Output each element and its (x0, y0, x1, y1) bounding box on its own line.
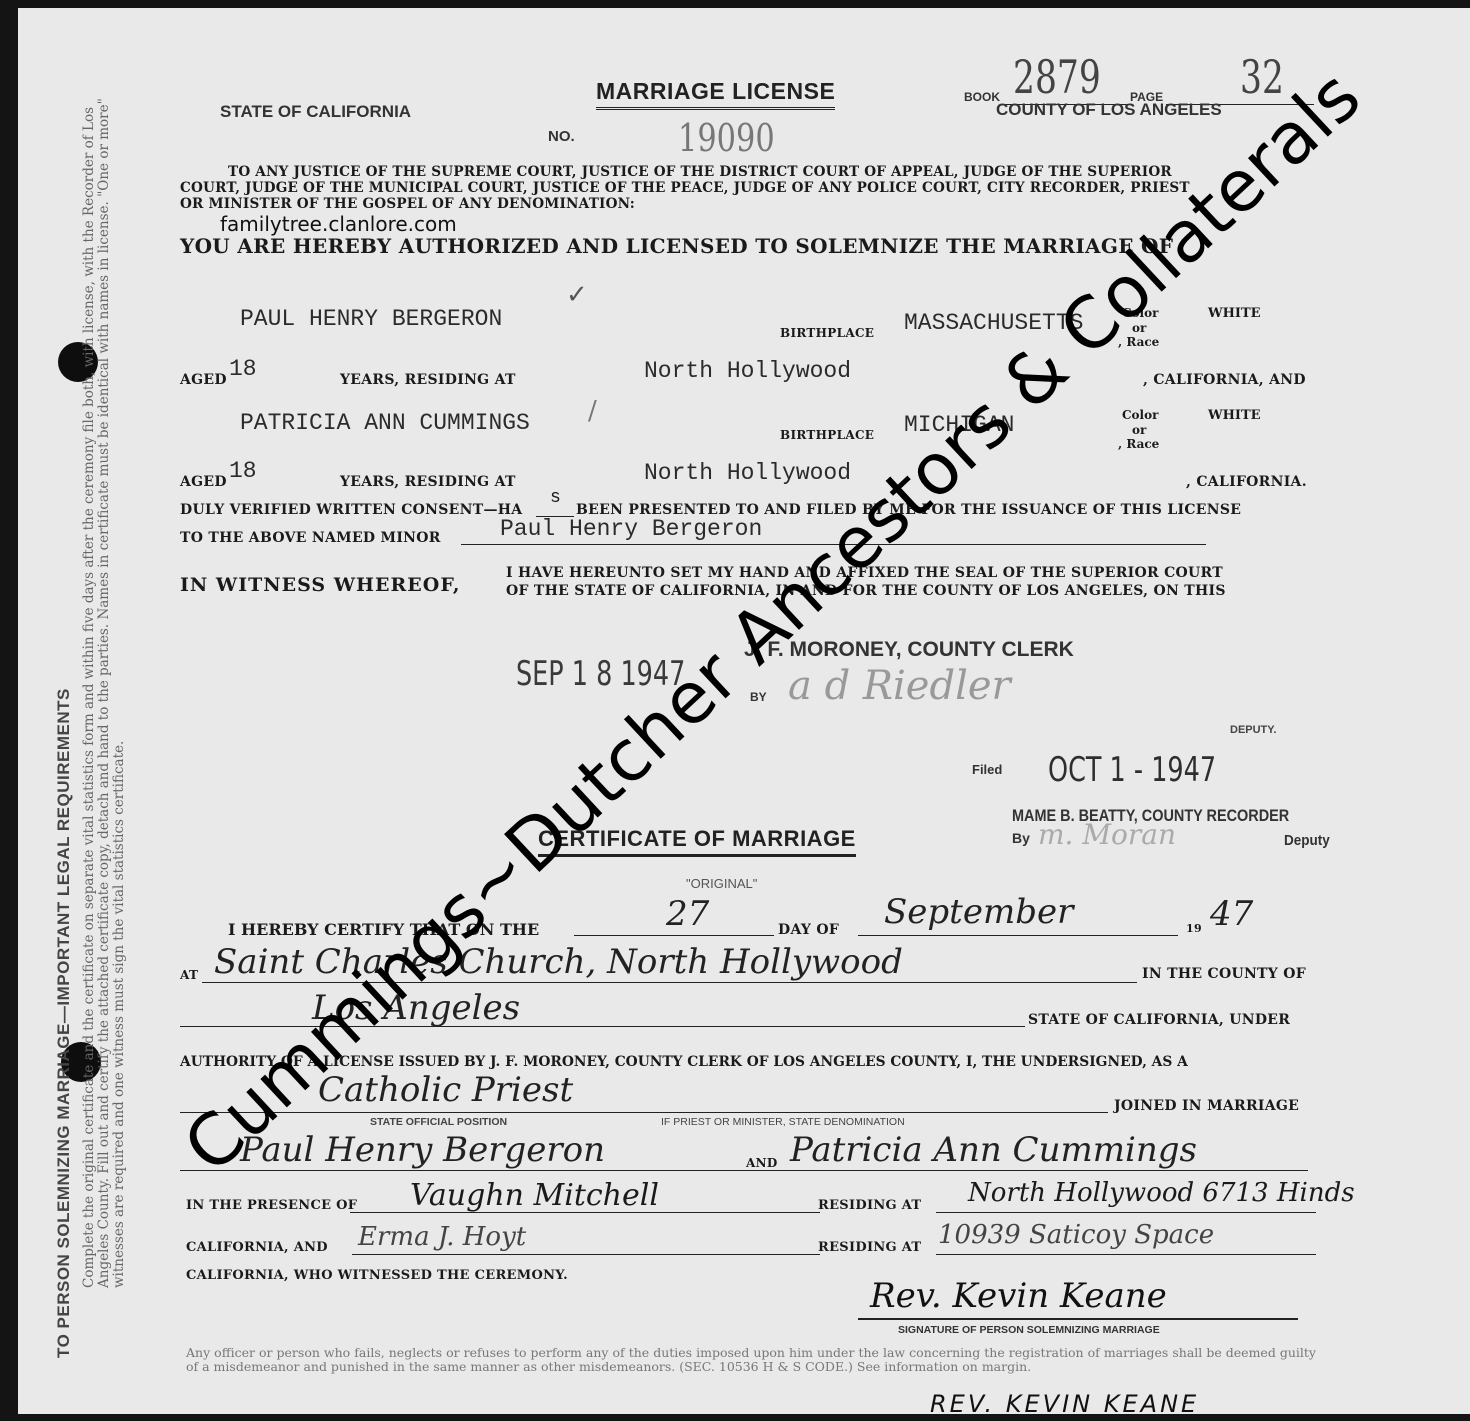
witness1-address: North Hollywood 6713 Hinds (968, 1178, 1355, 1208)
official-position: Catholic Priest (318, 1070, 573, 1110)
original-label: "ORIGINAL" (686, 876, 757, 891)
and-label: AND (746, 1156, 778, 1170)
bride-aged-label: AGED (180, 474, 227, 490)
bride-color-label-1: Color (1122, 408, 1158, 422)
consent-fill: s (550, 488, 561, 508)
deputy-label: DEPUTY. (1230, 724, 1276, 736)
bride-name: PATRICIA ANN CUMMINGS (240, 410, 530, 436)
bride-state-suffix: , CALIFORNIA. (1186, 474, 1307, 490)
margin-instructions: TO PERSON SOLEMNIZING MARRIAGE—IMPORTANT… (26, 78, 146, 1358)
groom-state-suffix: , CALIFORNIA, AND (1143, 372, 1306, 388)
groom-age: 18 (229, 356, 257, 382)
recorder-deputy-label: Deputy (1284, 832, 1330, 849)
margin-text: Complete the original certificate and th… (82, 98, 127, 1288)
state-label: STATE OF CALIFORNIA (220, 102, 411, 122)
witness-whereof-label: IN WITNESS WHEREOF, (180, 574, 461, 596)
state-under-label: STATE OF CALIFORNIA, UNDER (1028, 1012, 1290, 1028)
groom-name: PAUL HENRY BERGERON (240, 306, 502, 332)
bride-color-label-3: , Race (1118, 437, 1159, 451)
authorization-statement: YOU ARE HEREBY AUTHORIZED AND LICENSED T… (180, 234, 1173, 258)
california-and-label: CALIFORNIA, AND (186, 1240, 328, 1255)
license-number: 19090 (678, 116, 775, 160)
certificate-year: 47 (1210, 894, 1253, 934)
ceremony-place: Saint Charles Church, North Hollywood (214, 942, 903, 982)
address-line-2: COURT, JUDGE OF THE MUNICIPAL COURT, JUS… (180, 180, 1190, 196)
day-underline (574, 935, 774, 936)
denomination-caption: IF PRIEST OR MINISTER, STATE DENOMINATIO… (661, 1116, 905, 1128)
officiant-signature: Rev. Kevin Keane (870, 1276, 1167, 1316)
groom-aged-label: AGED (180, 372, 227, 388)
bride-age: 18 (229, 458, 257, 484)
day-of-label: DAY OF (778, 922, 839, 938)
witness2-address-underline (936, 1254, 1316, 1255)
certificate-day: 27 (666, 894, 709, 934)
address-line-3: OR MINISTER OF THE GOSPEL OF ANY DENOMIN… (180, 196, 635, 212)
county-of-label: IN THE COUNTY OF (1142, 966, 1306, 982)
minor-name: Paul Henry Bergeron (500, 516, 762, 542)
checkmark-icon: ✓ (566, 280, 588, 310)
penalty-notice: Any officer or person who fails, neglect… (186, 1346, 1316, 1374)
witness2-residing-label: RESIDING AT (818, 1240, 921, 1255)
parties-underline (180, 1170, 1308, 1171)
marriage-license-document: TO PERSON SOLEMNIZING MARRIAGE—IMPORTANT… (18, 8, 1470, 1414)
certificate-groom: Paul Henry Bergeron (240, 1130, 605, 1170)
recorder-by-label: By (1012, 830, 1030, 846)
witness1-name: Vaughn Mitchell (410, 1178, 659, 1213)
book-number: 2879 (1013, 50, 1101, 104)
bride-race: WHITE (1208, 408, 1261, 423)
position-underline (180, 1112, 1108, 1113)
certificate-bride: Patricia Ann Cummings (790, 1130, 1197, 1170)
address-line-1: TO ANY JUSTICE OF THE SUPREME COURT, JUS… (228, 164, 1172, 180)
witnessed-label: CALIFORNIA, WHO WITNESSED THE CEREMONY. (186, 1268, 568, 1283)
filed-date-stamp: OCT 1 - 1947 (1048, 750, 1216, 790)
groom-residence: North Hollywood (644, 358, 851, 384)
filed-label: Filed (972, 762, 1002, 777)
witness1-address-underline (936, 1212, 1316, 1213)
bride-color-label-2: or (1132, 423, 1146, 437)
book-label: BOOK (964, 90, 1000, 104)
witness2-name: Erma J. Hoyt (358, 1222, 526, 1252)
signature-caption: SIGNATURE OF PERSON SOLEMNIZING MARRIAGE (898, 1324, 1160, 1336)
minor-label: TO THE ABOVE NAMED MINOR (180, 530, 441, 546)
position-caption: STATE OFFICIAL POSITION (370, 1116, 507, 1128)
county-label: COUNTY OF LOS ANGELES (996, 100, 1222, 120)
bride-birthplace-label: BIRTHPLACE (780, 428, 874, 442)
presence-label: IN THE PRESENCE OF (186, 1198, 357, 1213)
license-no-label: NO. (548, 128, 575, 145)
witness1-residing-label: RESIDING AT (818, 1198, 921, 1213)
bride-residence: North Hollywood (644, 460, 851, 486)
signature-underline (858, 1318, 1298, 1320)
clerk-signature: a d Riedler (788, 663, 1011, 709)
year-prefix: 19 (1186, 922, 1202, 935)
at-label: AT (180, 968, 198, 982)
certificate-month: September (884, 892, 1073, 932)
bride-residing-label: YEARS, RESIDING AT (340, 474, 516, 490)
groom-birthplace-label: BIRTHPLACE (780, 326, 874, 340)
groom-residing-label: YEARS, RESIDING AT (340, 372, 516, 388)
website-watermark: familytree.clanlore.com (220, 212, 457, 236)
document-title: MARRIAGE LICENSE (596, 78, 835, 110)
consent-text-a: DULY VERIFIED WRITTEN CONSENT—HA (180, 502, 522, 518)
groom-race: WHITE (1208, 306, 1261, 321)
checkmark-icon: / (588, 396, 597, 426)
month-underline (858, 935, 1178, 936)
margin-title: TO PERSON SOLEMNIZING MARRIAGE—IMPORTANT… (54, 688, 74, 1358)
witness2-address: 10939 Saticoy Space (938, 1220, 1214, 1250)
witness2-underline (352, 1254, 820, 1255)
recorder-signature: m. Moran (1038, 818, 1176, 851)
officiant-printed-name: REV. KEVIN KEANE (930, 1390, 1199, 1414)
joined-in-marriage-label: JOINED IN MARRIAGE (1114, 1098, 1299, 1114)
